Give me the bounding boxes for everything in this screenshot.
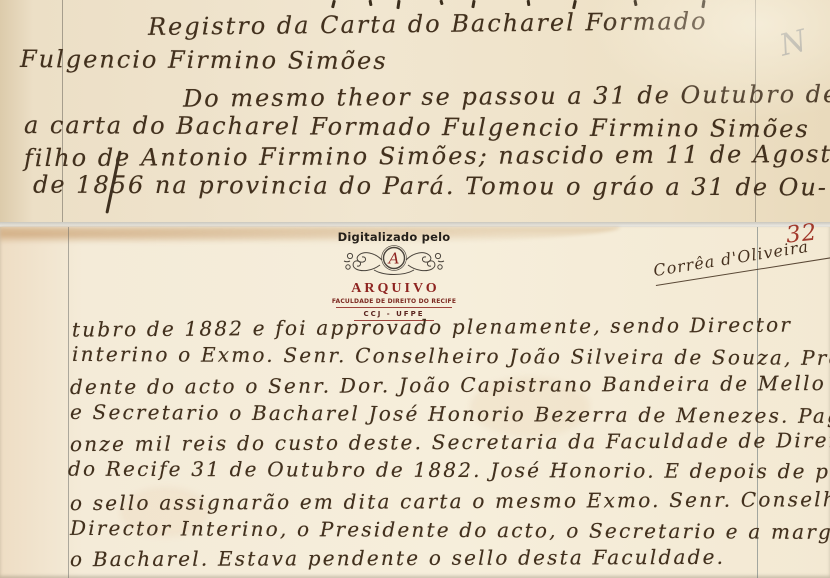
manuscript-line: Fulgencio Firmino Simões xyxy=(20,45,388,75)
manuscript-line: a carta do Bacharel Formado Fulgencio Fi… xyxy=(24,111,810,143)
manuscript-line: o Bacharel. Estava pendente o sello dest… xyxy=(70,545,725,571)
margin-rule-left xyxy=(68,227,69,578)
cutoff-text-fragments xyxy=(320,0,705,9)
stamp-rule xyxy=(336,307,452,308)
stamp-org-name: ARQUIVO xyxy=(328,281,460,297)
page-bottom: 32 Corrêa d'Oliveira Digitalizado pelo xyxy=(0,227,830,578)
stamp-org-subtitle: FACULDADE DE DIREITO DO RECIFE xyxy=(328,298,460,305)
archive-stamp: Digitalizado pelo A ARQ xyxy=(328,230,460,321)
water-stain xyxy=(0,227,620,245)
manuscript-line: Registro da Carta do Bacharel Formado xyxy=(148,7,708,41)
logo-letter: A xyxy=(387,250,400,268)
corner-annotation: Corrêa d'Oliveira xyxy=(652,232,830,286)
scanned-document: Registro da Carta do Bacharel Formado Fu… xyxy=(0,0,830,578)
manuscript-line: onze mil reis do custo deste. Secretaria… xyxy=(70,428,830,456)
manuscript-line: filho de Antonio Firmino Simões; nascido… xyxy=(24,140,830,172)
manuscript-line: o sello assignarão em dita carta o mesmo… xyxy=(70,487,830,515)
manuscript-line: dente do acto o Senr. Dor. João Capistra… xyxy=(70,371,826,399)
manuscript-line: interino o Exmo. Senr. Conselheiro João … xyxy=(72,342,830,370)
manuscript-line: e Secretario o Bacharel José Honorio Bez… xyxy=(70,400,830,428)
pencil-margin-note: N xyxy=(776,23,810,63)
manuscript-line: de 1856 na provincia do Pará. Tomou o gr… xyxy=(33,171,828,202)
manuscript-line: tubro de 1882 e foi approvado plenamente… xyxy=(72,312,792,341)
manuscript-line: do Recife 31 de Outubro de 1882. José Ho… xyxy=(68,457,830,484)
stamp-header-label: Digitalizado pelo xyxy=(328,230,460,244)
manuscript-line: Do mesmo theor se passou a 31 de Outubro… xyxy=(183,79,830,112)
manuscript-line: Director Interino, o Presidente do acto,… xyxy=(70,516,830,544)
arquivo-logo-icon: A xyxy=(336,245,452,279)
page-top-fragment: Registro da Carta do Bacharel Formado Fu… xyxy=(0,0,830,222)
